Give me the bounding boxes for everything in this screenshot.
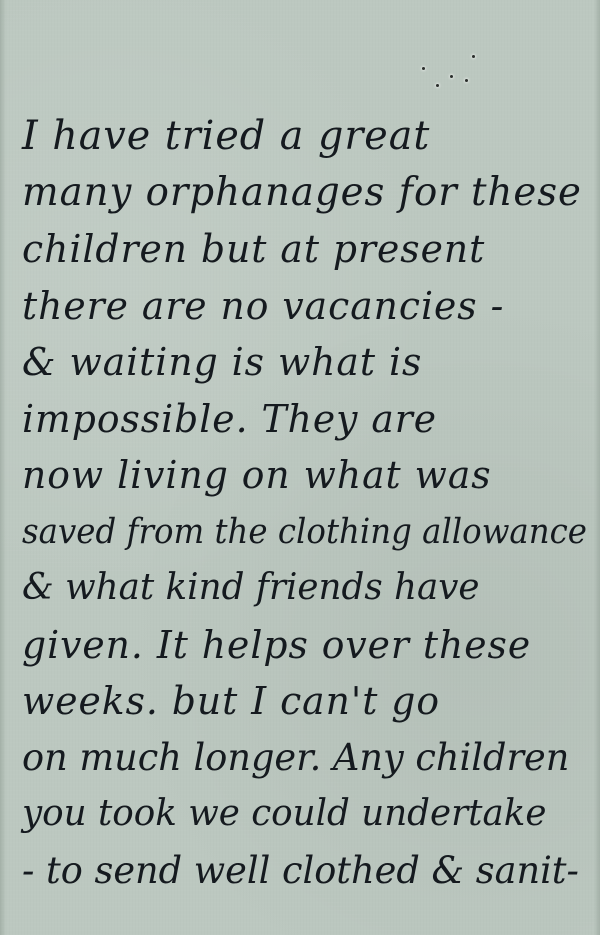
- pinhole-mark: [450, 75, 453, 78]
- pinhole-mark: [422, 67, 425, 70]
- text-line: impossible. They are: [22, 391, 587, 448]
- text-line: weeks. but I can't go: [22, 673, 587, 730]
- text-line: - to send well clothed & sanit-: [22, 843, 587, 900]
- text-line: I have tried a great: [22, 108, 587, 165]
- text-line: given. It helps over these: [22, 617, 587, 674]
- text-line: children but at present: [22, 221, 587, 278]
- pinhole-mark: [436, 84, 439, 87]
- pinholes: [420, 55, 480, 95]
- text-line: & what kind friends have: [22, 560, 587, 617]
- text-line: saved from the clothing allowance: [22, 504, 550, 561]
- text-line: many orphanages for these: [22, 165, 587, 222]
- text-line: there are no vacancies -: [22, 278, 587, 335]
- text-line: & waiting is what is: [22, 334, 587, 391]
- pinhole-mark: [465, 79, 468, 82]
- text-line: now living on what was: [22, 447, 587, 504]
- letter-page: I have tried a great many orphanages for…: [0, 0, 600, 935]
- paper-edge-left: [0, 0, 6, 935]
- paper-edge-right: [594, 0, 600, 935]
- handwritten-text: I have tried a great many orphanages for…: [22, 108, 592, 899]
- text-line: you took we could undertake: [22, 786, 587, 843]
- pinhole-mark: [472, 55, 475, 58]
- text-line: on much longer. Any children: [22, 730, 587, 787]
